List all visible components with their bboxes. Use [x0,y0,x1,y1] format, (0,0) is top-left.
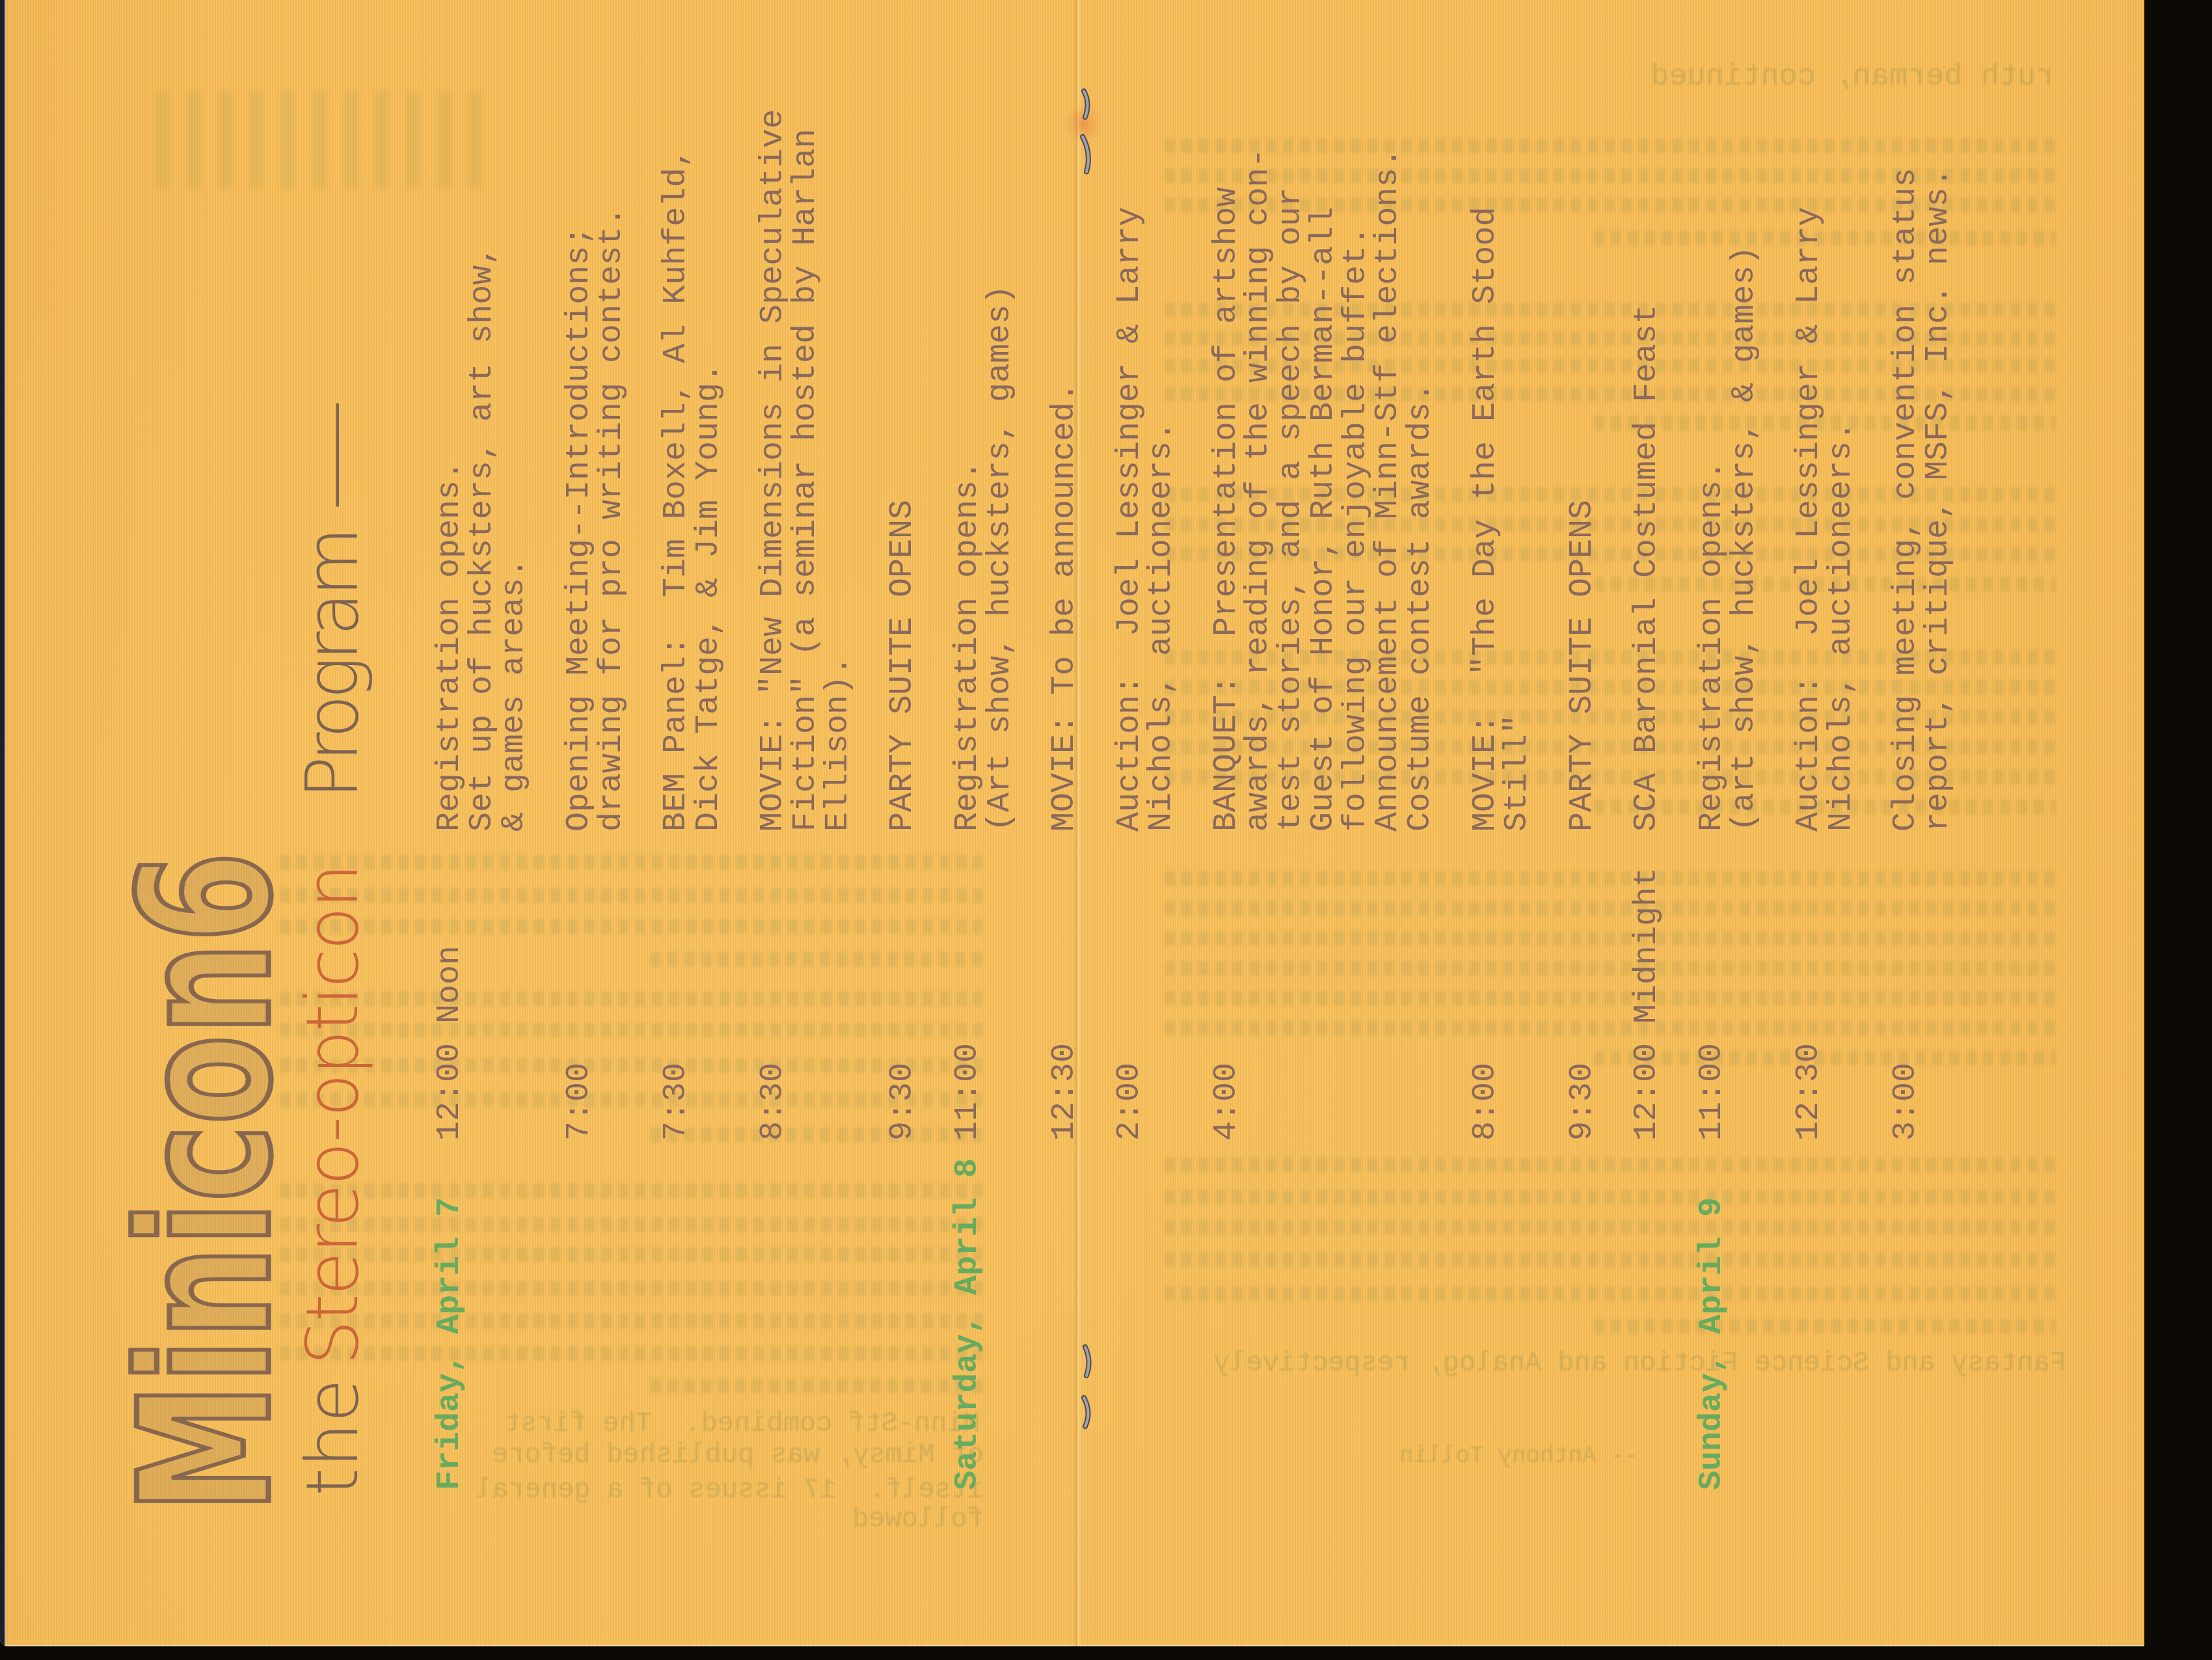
event-description: Still" [1502,714,1534,832]
schedule-line: following our enjoyable buffet. [1340,0,1373,1646]
event-description: (Art show, hucksters, games) [984,285,1017,832]
event-description: Closing meeting, convention status [1890,168,1922,832]
program-schedule: Friday, April 712:00 NoonRegistration op… [434,0,1995,1646]
event-description: following our enjoyable buffet. [1340,226,1373,832]
schedule-line: Dick Tatge, & Jim Young. [693,0,725,1646]
schedule-line: 9:30PARTY SUITE OPENS [1567,0,1599,1646]
event-description: drawing for pro writing contest. [596,207,628,832]
event-description: PARTY SUITE OPENS [887,500,919,832]
subtitle-the: the [297,1378,368,1496]
schedule-line: awards, reading of the winning con- [1243,0,1275,1646]
event-description: Registration opens. [952,461,984,832]
subtitle-dash: — [297,398,368,512]
day-label: Friday, April 7 [434,1197,466,1490]
day-label: Sunday, April 9 [1696,1197,1729,1490]
event-time: 8:30 [757,1063,790,1141]
event-description: BEM Panel: Tim Boxell, Al Kuhfeld, [660,148,693,832]
event-time: 4:00 [1211,1063,1243,1141]
convention-title: Minicon6 [116,852,297,1513]
program-page-rotated: Minicon6 the Stereo-opticon Program — Fr… [0,0,2144,1646]
program-booklet-spread: ruth berman, continued Fantasy and Scien… [0,0,2144,1646]
schedule-line: 12:00 MidnightSCA Baronial Costumed Feas… [1631,0,1664,1646]
event-description: PARTY SUITE OPENS [1567,500,1599,832]
event-description: Announcement of Minn-Stf elections. [1372,148,1405,832]
event-time: 12:00 Midnight [1631,867,1664,1141]
event-description: Nichols, auctioneers. [1146,422,1178,832]
subtitle-program: Program [297,532,368,799]
event-description: Auction: Joel Lessinger & Larry [1114,207,1146,832]
event-description: Set up of hucksters, art show, [466,246,499,832]
schedule-line: Friday, April 712:00 NoonRegistration op… [434,0,466,1646]
schedule-line: 7:30BEM Panel: Tim Boxell, Al Kuhfeld, [660,0,693,1646]
schedule-line: report, critique, MSFS, Inc. news. [1922,0,1955,1646]
schedule-line: Nichols, auctioneers. [1826,0,1858,1646]
event-description: Ellison). [822,656,855,832]
schedule-line: Announcement of Minn-Stf elections. [1372,0,1405,1646]
schedule-line: drawing for pro writing contest. [596,0,628,1646]
subtitle-stereo-opticon: Stereo-opticon [297,865,368,1366]
event-description: Registration opens. [434,461,466,832]
event-description: (art show, hucksters, & games) [1729,246,1761,832]
schedule-line: Costume contest awards. [1405,0,1437,1646]
schedule-line: Saturday, April 811:00Registration opens… [952,0,984,1646]
event-description: Registration opens. [1696,461,1729,832]
event-description: Fiction" (a seminar hosted by Harlan [790,129,822,832]
schedule-line: (art show, hucksters, & games) [1729,0,1761,1646]
event-description: report, critique, MSFS, Inc. news. [1922,168,1955,832]
schedule-line: 8:00MOVIE: "The Day the Earth Stood [1470,0,1502,1646]
event-description: test stories, and a speech by our [1275,187,1308,832]
event-time: 2:00 [1114,1063,1146,1141]
event-description: Nichols, auctioneers. [1826,422,1858,832]
schedule-line: (Art show, hucksters, games) [984,0,1017,1646]
event-time: 7:00 [563,1063,596,1141]
event-description: Dick Tatge, & Jim Young. [693,363,725,832]
schedule-line: test stories, and a speech by our [1275,0,1308,1646]
event-time: 9:30 [887,1063,919,1141]
schedule-line: 4:00BANQUET: Presentation of artshow [1211,0,1243,1646]
event-description: Costume contest awards. [1405,383,1437,832]
event-description: BANQUET: Presentation of artshow [1211,187,1243,832]
event-description: Auction: Joel Lessinger & Larry [1793,207,1826,832]
event-time: 12:30 [1793,1043,1826,1141]
event-time: 8:00 [1470,1063,1502,1141]
event-time: 11:00 [1696,1043,1729,1141]
event-description: & games areas. [498,558,531,832]
event-time: 12:00 Noon [434,946,466,1141]
event-description: awards, reading of the winning con- [1243,148,1275,832]
schedule-line: 9:30PARTY SUITE OPENS [887,0,919,1646]
schedule-line: Still" [1502,0,1534,1646]
event-time: 11:00 [952,1043,984,1141]
event-time: 7:30 [660,1063,693,1141]
event-time: 12:30 [1049,1043,1081,1141]
event-description: MOVIE: "New Dimensions in Speculative [757,109,790,832]
schedule-line: Set up of hucksters, art show, [466,0,499,1646]
event-description: Guest of Honor, Ruth Berman--all [1308,207,1340,832]
schedule-line: 2:00Auction: Joel Lessinger & Larry [1114,0,1146,1646]
day-label: Saturday, April 8 [952,1158,984,1490]
event-description: MOVIE: "The Day the Earth Stood [1470,207,1502,832]
event-time: 9:30 [1567,1063,1599,1141]
schedule-line: 12:30Auction: Joel Lessinger & Larry [1793,0,1826,1646]
schedule-line: 3:00Closing meeting, convention status [1890,0,1922,1646]
event-time: 3:00 [1890,1063,1922,1141]
schedule-line: Ellison). [822,0,855,1646]
schedule-line: 7:00Opening Meeting--Introductions; [563,0,596,1646]
event-description: Opening Meeting--Introductions; [563,226,596,832]
schedule-line: 12:30MOVIE: To be announced. [1049,0,1081,1646]
event-description: SCA Baronial Costumed Feast [1631,305,1664,832]
schedule-line: Guest of Honor, Ruth Berman--all [1308,0,1340,1646]
schedule-line: 8:30MOVIE: "New Dimensions in Speculativ… [757,0,790,1646]
schedule-line: Nichols, auctioneers. [1146,0,1178,1646]
schedule-line: Fiction" (a seminar hosted by Harlan [790,0,822,1646]
schedule-line: Sunday, April 911:00Registration opens. [1696,0,1729,1646]
event-description: MOVIE: To be announced. [1049,383,1081,832]
schedule-line: & games areas. [498,0,531,1646]
